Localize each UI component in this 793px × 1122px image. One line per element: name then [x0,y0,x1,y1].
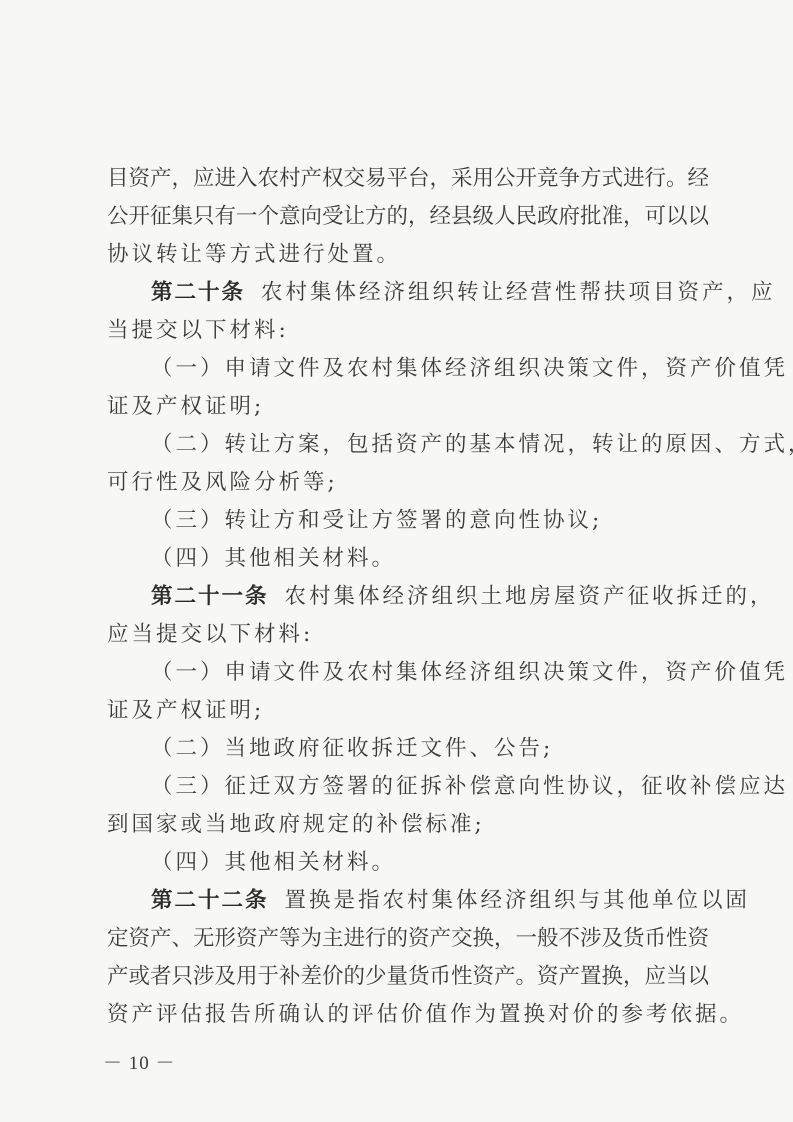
article-21-item-1: （一）申请文件及农村集体经济组织决策文件，资产价值凭 [107,654,697,692]
article-text: 置换是指农村集体经济组织与其他单位以固 [285,888,751,913]
paragraph-line: 目资产，应进入农村产权交易平台，采用公开竞争方式进行。经 [107,160,697,198]
article-22-line-4: 资产评估报告所确认的评估价值作为置换对价的参考依据。 [107,996,697,1034]
article-20-heading-line: 第二十条农村集体经济组织转让经营性帮扶项目资产，应 [107,274,697,312]
article-20-item-1-continuation: 证及产权证明; [107,388,697,426]
article-number: 第二十一条 [151,584,269,609]
article-20-item-2-continuation: 可行性及风险分析等; [107,464,697,502]
article-21-item-3: （三）征迁双方签署的征拆补偿意向性协议，征收补偿应达 [107,768,697,806]
article-20-item-3: （三）转让方和受让方签署的意向性协议; [107,502,697,540]
document-body: 目资产，应进入农村产权交易平台，采用公开竞争方式进行。经 公开征集只有一个意向受… [107,160,697,1034]
article-number: 第二十二条 [151,888,269,913]
article-21-item-3-continuation: 到国家或当地政府规定的补偿标准; [107,806,697,844]
article-20-item-2: （二）转让方案，包括资产的基本情况，转让的原因、方式， [107,426,697,464]
article-21-item-1-continuation: 证及产权证明; [107,692,697,730]
paragraph-line: 公开征集只有一个意向受让方的，经县级人民政府批准，可以以 [107,198,697,236]
article-22-line-2: 定资产、无形资产等为主进行的资产交换，一般不涉及货币性资 [107,920,697,958]
article-22-heading-line: 第二十二条置换是指农村集体经济组织与其他单位以固 [107,882,697,920]
article-21-item-4: （四）其他相关材料。 [107,844,697,882]
page-number: － 10 － [103,1048,176,1075]
article-21-heading-line: 第二十一条农村集体经济组织土地房屋资产征收拆迁的， [107,578,697,616]
article-21-continuation: 应当提交以下材料: [107,616,697,654]
article-21-item-2: （二）当地政府征收拆迁文件、公告; [107,730,697,768]
article-20-continuation: 当提交以下材料: [107,312,697,350]
article-22-line-3: 产或者只涉及用于补差价的少量货币性资产。资产置换，应当以 [107,958,697,996]
paragraph-line: 协议转让等方式进行处置。 [107,236,697,274]
article-text: 农村集体经济组织转让经营性帮扶项目资产，应 [261,280,776,305]
article-20-item-4: （四）其他相关材料。 [107,540,697,578]
article-number: 第二十条 [151,280,245,305]
article-text: 农村集体经济组织土地房屋资产征收拆迁的， [285,584,775,609]
article-20-item-1: （一）申请文件及农村集体经济组织决策文件，资产价值凭 [107,350,697,388]
